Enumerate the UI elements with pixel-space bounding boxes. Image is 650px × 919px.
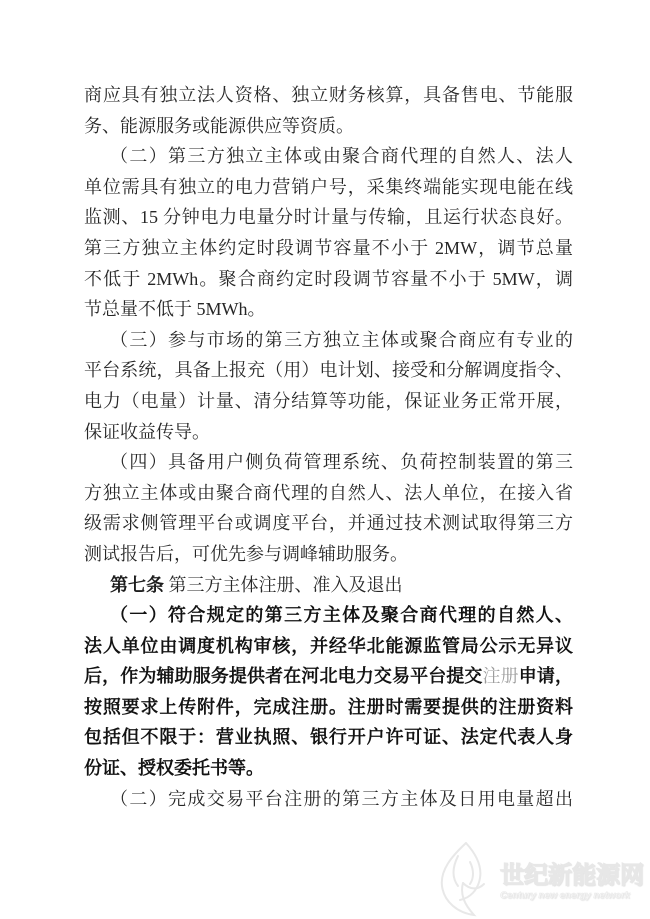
doc-line-14: 方独立主体或由聚合商代理的自然人、法人单位，在接入省: [84, 478, 573, 509]
text-segment: 包括但不限于：营业执照、银行开户许可证、法定代表人身: [84, 727, 573, 747]
text-segment: 按照要求上传附件，完成注册。注册时需要提供的注册资料: [84, 697, 573, 717]
doc-line-23: 份证、授权委托书等。: [84, 753, 573, 784]
text-segment: 电力（电量）计量、清分结算等功能，保证业务正常开展，: [84, 391, 573, 411]
text-segment: 保证收益传导。: [84, 422, 210, 442]
text-segment: 注册: [483, 666, 519, 686]
doc-line-24: （二）完成交易平台注册的第三方主体及日用电量超出: [84, 784, 573, 815]
doc-line-4: 单位需具有独立的电力营销户号，采集终端能实现电能在线: [84, 172, 573, 203]
text-segment: 单位需具有独立的电力营销户号，采集终端能实现电能在线: [84, 177, 573, 197]
text-segment: 后，作为辅助服务提供者在河北电力交易平台提交: [84, 666, 483, 686]
doc-line-17: 第七条 第三方主体注册、准入及退出: [84, 570, 573, 601]
document-body: 商应具有独立法人资格、独立财务核算，具备售电、节能服务、能源服务或能源供应等资质…: [84, 80, 573, 814]
text-segment: 节总量不低于 5MWh。: [84, 299, 266, 319]
text-segment: （三）参与市场的第三方独立主体或聚合商应有专业的: [110, 330, 573, 350]
doc-line-16: 测试报告后，可优先参与调峰辅助服务。: [84, 539, 573, 570]
text-segment: （四）具备用户侧负荷管理系统、负荷控制装置的第三: [110, 452, 573, 472]
watermark: 世纪新能源网 Century new energy network: [430, 840, 648, 918]
doc-line-5: 监测、15 分钟电力电量分时计量与传输，且运行状态良好。: [84, 202, 573, 233]
text-segment: 不低于 2MWh。聚合商约定时段调节容量不小于 5MW，调: [84, 269, 573, 289]
text-segment: 平台系统，具备上报充（用）电计划、接受和分解调度指令、: [84, 360, 573, 380]
doc-line-12: 保证收益传导。: [84, 417, 573, 448]
text-segment: 方独立主体或由聚合商代理的自然人、法人单位，在接入省: [84, 483, 573, 503]
doc-line-19: 法人单位由调度机构审核，并经华北能源监管局公示无异议: [84, 631, 573, 662]
text-segment: 商应具有独立法人资格、独立财务核算，具备售电、节能服: [84, 85, 573, 105]
doc-line-9: （三）参与市场的第三方独立主体或聚合商应有专业的: [84, 325, 573, 356]
text-segment: （二）第三方独立主体或由聚合商代理的自然人、法人: [110, 146, 573, 166]
text-segment: 第三方主体注册、准入及退出: [164, 575, 403, 595]
doc-line-22: 包括但不限于：营业执照、银行开户许可证、法定代表人身: [84, 722, 573, 753]
doc-line-6: 第三方独立主体约定时段调节容量不小于 2MW，调节总量: [84, 233, 573, 264]
doc-line-11: 电力（电量）计量、清分结算等功能，保证业务正常开展，: [84, 386, 573, 417]
text-segment: 第七条: [110, 575, 164, 595]
text-segment: 第三方独立主体约定时段调节容量不小于 2MW，调节总量: [84, 238, 573, 258]
doc-line-13: （四）具备用户侧负荷管理系统、负荷控制装置的第三: [84, 447, 573, 478]
text-segment: 法人单位由调度机构审核，并经华北能源监管局公示无异议: [84, 636, 573, 656]
doc-line-18: （一）符合规定的第三方主体及聚合商代理的自然人、: [84, 600, 573, 631]
doc-line-1: 商应具有独立法人资格、独立财务核算，具备售电、节能服: [84, 80, 573, 111]
doc-line-15: 级需求侧管理平台或调度平台，并通过技术测试取得第三方: [84, 508, 573, 539]
text-segment: 测试报告后，可优先参与调峰辅助服务。: [84, 544, 408, 564]
text-segment: （二）完成交易平台注册的第三方主体及日用电量超出: [110, 789, 573, 809]
flame-logo-icon: [430, 840, 496, 918]
doc-line-10: 平台系统，具备上报充（用）电计划、接受和分解调度指令、: [84, 355, 573, 386]
doc-line-3: （二）第三方独立主体或由聚合商代理的自然人、法人: [84, 141, 573, 172]
watermark-subtitle-en: Century new energy network: [500, 890, 648, 901]
text-segment: 监测、15 分钟电力电量分时计量与传输，且运行状态良好。: [84, 207, 573, 227]
text-segment: （一）符合规定的第三方主体及聚合商代理的自然人、: [110, 605, 573, 625]
text-segment: 务、能源服务或能源供应等资质。: [84, 116, 354, 136]
doc-line-21: 按照要求上传附件，完成注册。注册时需要提供的注册资料: [84, 692, 573, 723]
text-segment: 申请，: [519, 666, 573, 686]
doc-line-20: 后，作为辅助服务提供者在河北电力交易平台提交注册申请，: [84, 661, 573, 692]
watermark-text: 世纪新能源网 Century new energy network: [500, 863, 648, 901]
document-page: 商应具有独立法人资格、独立财务核算，具备售电、节能服务、能源服务或能源供应等资质…: [0, 0, 650, 919]
doc-line-2: 务、能源服务或能源供应等资质。: [84, 111, 573, 142]
text-segment: 份证、授权委托书等。: [84, 758, 264, 778]
watermark-title-cn: 世纪新能源网: [500, 863, 648, 889]
doc-line-8: 节总量不低于 5MWh。: [84, 294, 573, 325]
text-segment: 级需求侧管理平台或调度平台，并通过技术测试取得第三方: [84, 513, 573, 533]
doc-line-7: 不低于 2MWh。聚合商约定时段调节容量不小于 5MW，调: [84, 264, 573, 295]
